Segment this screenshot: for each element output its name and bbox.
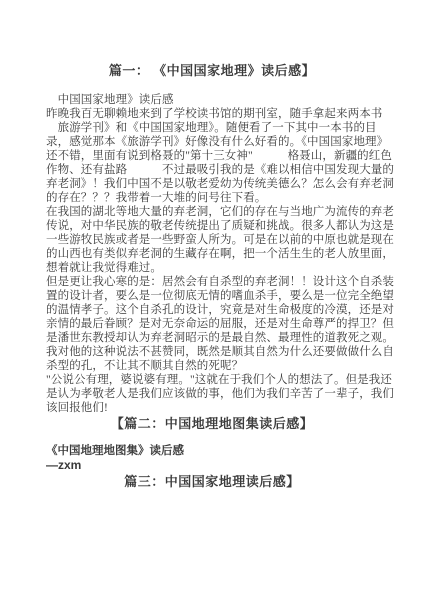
body-text-line: 想着就让我觉得难过。 [46, 261, 424, 275]
section-one-title: 篇一： 《中国国家地理》读后感】 [0, 62, 424, 80]
body-text-line: 还不错，里面有说到格聂的"第十三女神" 格聂山，新疆的红色 [46, 149, 424, 163]
body-text-line: 但是更让我心寒的是：居然会有自杀型的弃老洞！！设计这个自杀装 [46, 275, 424, 289]
body-text-line: 我对他的这种说法不甚赞同，既然是顺其自然为什么还要做做什么自 [46, 345, 424, 359]
body-text-line: 录，感觉那本《旅游学刊》好像没有什么好看的。《中国国家地理》 [46, 135, 424, 149]
body-text-line: 中国国家地理》读后感 [46, 93, 424, 107]
body-text-line: 的山西也有类似弃老洞的生藏存在啊，把一个活生生的老人放里面， [46, 247, 424, 261]
author-signature: —zxm [46, 459, 424, 471]
body-text-line: 杀型的孔，不让其不顺其自然的死呢？ [46, 359, 424, 373]
body-text-line: 一些游牧民族或者是一些野蛮人所为。可是在以前的中原也就是现在 [46, 233, 424, 247]
section-two-title: 【篇二：中国地理地图集读后感】 [0, 415, 424, 433]
document-page: 篇一： 《中国国家地理》读后感】 中国国家地理》读后感昨晚我百无聊赖地来到了学校… [0, 0, 424, 600]
book-title-line: 《中国地理地图集》读后感 [46, 444, 424, 459]
body-text-line: 置的设计者，要么是一位彻底无情的嗜血杀手，要么是一位完全绝望 [46, 289, 424, 303]
section-three-title: 篇三：中国国家地理读后感】 [0, 473, 424, 491]
body-text-line: 亲情的最后眷顾？是对无奈命运的屈服，还是对生命尊严的捍卫？但 [46, 317, 424, 331]
body-text-line: 是潘世东教授却认为弃老洞昭示的是最自然、最理性的道教死之观。 [46, 331, 424, 345]
body-text-line: 是认为孝敬老人是我们应该做的事，他们为我们辛苦了一辈子，我们 [46, 387, 424, 401]
body-text-line: 弃老洞》！我们中国不是以敬老爱幼为传统美德么？怎么会有弃老洞 [46, 177, 424, 191]
body-text-line: 的存在？？？我带着一大堆的问号往下看。 [46, 191, 424, 205]
body-text-line: 作物、还有盐路 不过最吸引我的是《难以相信中国发现大量的 [46, 163, 424, 177]
body-text-line: 传说，对中华民族的敬老传统提出了质疑和挑战。很多人都认为这是 [46, 219, 424, 233]
body-text-line: 的温情孝子。这个自杀孔的设计，究竟是对生命极度的冷漠，还是对 [46, 303, 424, 317]
section-one-body: 中国国家地理》读后感昨晚我百无聊赖地来到了学校读书馆的期刊室，随手拿起来两本书 … [46, 93, 424, 415]
body-text-line: 该回报他们! [46, 401, 424, 415]
body-text-line: 昨晚我百无聊赖地来到了学校读书馆的期刊室，随手拿起来两本书 [46, 107, 424, 121]
body-text-line: "公说公有理，婆说婆有理。"这就在于我们个人的想法了。但是我还 [46, 373, 424, 387]
body-text-line: 在我国的湖北等地大量的弃老洞，它们的存在与当地广为流传的弃老 [46, 205, 424, 219]
body-text-line: 旅游学刊》和《中国国家地理》。随便看了一下其中一本书的目 [46, 121, 424, 135]
